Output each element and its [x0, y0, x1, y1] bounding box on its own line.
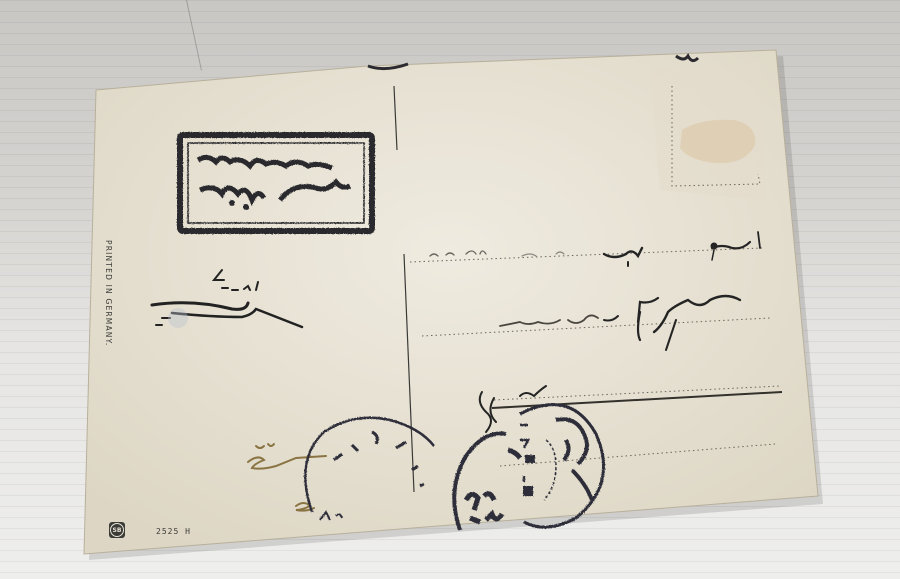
stain: [650, 62, 765, 200]
publisher-logo-text: SB: [110, 523, 124, 537]
postcard-drawing: [0, 0, 900, 579]
postcard: PRINTED IN GERMANY. SB 2525 H: [0, 0, 900, 579]
serial-number: 2525 H: [156, 527, 191, 536]
printed-in-germany-text: PRINTED IN GERMANY.: [104, 240, 113, 346]
publisher-logo: SB: [109, 522, 125, 538]
